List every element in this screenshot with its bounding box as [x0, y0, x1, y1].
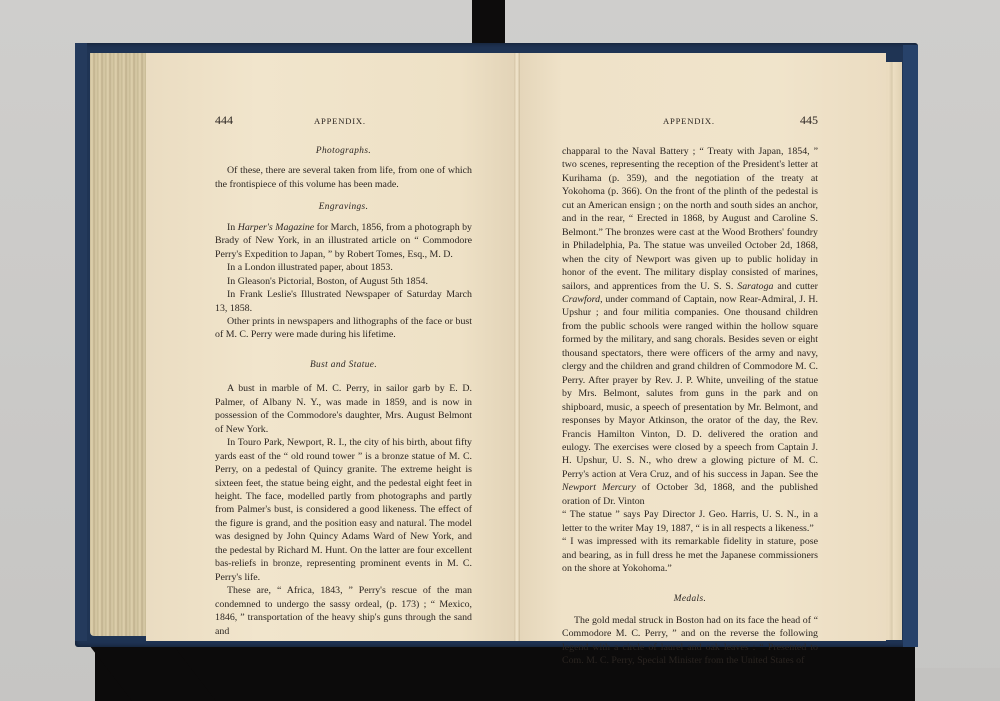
left-running-head: 444 APPENDIX.	[215, 114, 472, 128]
cover-right-edge	[903, 45, 918, 647]
section-heading-engravings: Engravings.	[215, 201, 472, 214]
section-heading-bust-and-statue: Bust and Statue.	[215, 359, 472, 372]
page-number: 445	[800, 114, 818, 127]
italic-ship-name: Saratoga	[737, 281, 773, 292]
paragraph: In Frank Leslie's Illustrated Newspaper …	[215, 288, 472, 315]
running-title: APPENDIX.	[314, 115, 366, 128]
paragraph: In Gleason's Pictorial, Boston, of Augus…	[215, 275, 472, 288]
right-running-head: APPENDIX. 445	[562, 114, 818, 128]
page-block-left-edge	[90, 53, 148, 636]
section-heading-medals: Medals.	[562, 593, 818, 606]
italic-ship-name: Crawford	[562, 294, 600, 305]
paragraph: Other prints in newspapers and lithograp…	[215, 315, 472, 342]
paragraph: In Touro Park, Newport, R. I., the city …	[215, 436, 472, 584]
continued-paragraph: chapparal to the Naval Battery ; “ Treat…	[562, 145, 818, 508]
book-gutter	[514, 53, 520, 641]
italic-newspaper-name: Newport Mercury	[562, 482, 636, 493]
right-page-text: APPENDIX. 445 chapparal to the Naval Bat…	[562, 114, 818, 668]
cover-left-edge	[75, 43, 87, 641]
paragraph: In a London illustrated paper, about 185…	[215, 261, 472, 274]
paragraph: In Harper's Magazine for March, 1856, fr…	[215, 221, 472, 261]
left-page-text: 444 APPENDIX. Photographs. Of these, the…	[215, 114, 472, 638]
paragraph: The gold medal struck in Boston had on i…	[562, 614, 818, 668]
quote-paragraph: “ The statue ” says Pay Director J. Geo.…	[562, 508, 818, 535]
page-number: 444	[215, 114, 233, 127]
italic-title: Harper's Magazine	[238, 222, 314, 233]
quote-paragraph: “ I was impressed with its remarkable fi…	[562, 535, 818, 575]
paragraph: These are, “ Africa, 1843, ” Perry's res…	[215, 584, 472, 638]
paragraph: Of these, there are several taken from l…	[215, 164, 472, 191]
paragraph: A bust in marble of M. C. Perry, in sail…	[215, 382, 472, 436]
section-heading-photographs: Photographs.	[215, 145, 472, 158]
running-title: APPENDIX.	[663, 115, 715, 128]
top-black-strip	[472, 0, 505, 48]
